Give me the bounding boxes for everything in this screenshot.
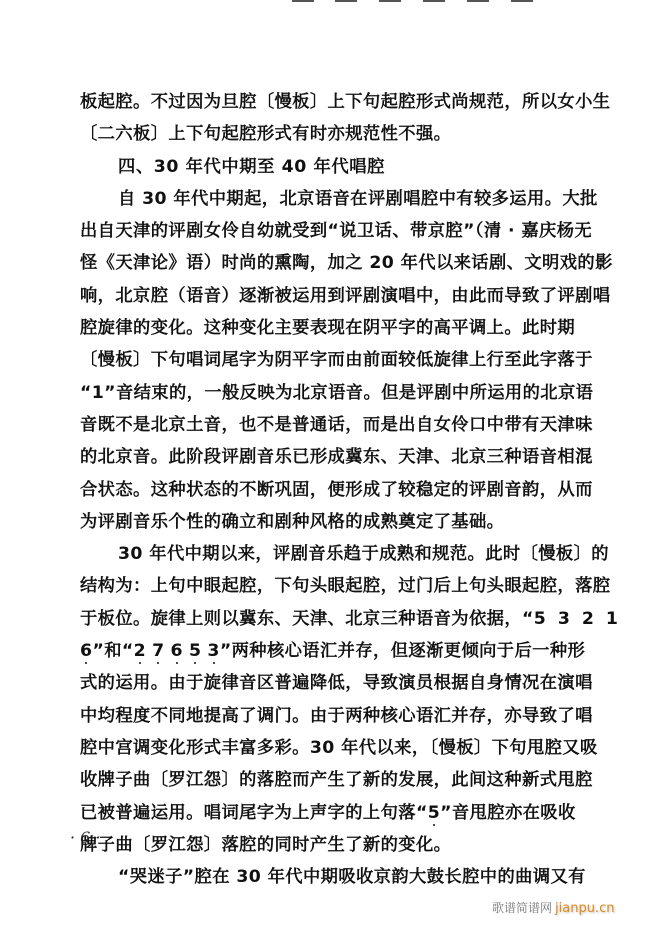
- notation-low-note: 7: [152, 635, 164, 667]
- text-segment: ”两种核心语汇并存，但逐渐更倾向于后一种形: [220, 641, 585, 661]
- notation-low-note: 6: [80, 635, 92, 667]
- watermark-site-name: 歌谱简谱网: [492, 901, 552, 915]
- notation-low-note: 2: [134, 635, 146, 667]
- text-line: 合状态。这种状态的不断巩固，便形成了较稳定的评剧音韵，从而: [80, 474, 600, 506]
- text-line: 式的运用。由于旋律音区普遍降低，导致演员根据自身情况在演唱: [80, 667, 600, 699]
- text-line: 出自天津的评剧女伶自幼就受到“说卫话、带京腔”（清 · 嘉庆杨无: [80, 215, 600, 247]
- header-rule-1: [292, 0, 314, 2]
- notation-low-note: 5: [428, 797, 440, 829]
- text-line: “哭迷子”腔在 30 年代中期吸收京韵大鼓长腔中的曲调又有: [80, 861, 600, 893]
- watermark-domain: jianpu.cn: [555, 901, 614, 916]
- page-number: · 6 ·: [70, 828, 101, 847]
- notation-sequence: 5 3 2 1: [534, 609, 621, 629]
- text-line: 为评剧音乐个性的确立和剧种风格的成熟奠定了基础。: [80, 506, 600, 538]
- text-line: 已被普遍运用。唱词尾字为上声字的上句落“5”音甩腔亦在吸收: [80, 797, 600, 829]
- text-line: 自 30 年代中期起，北京语音在评剧唱腔中有较多运用。大批: [80, 183, 600, 215]
- text-line: 于板位。旋律上则以冀东、天津、北京三种语音为依据，“5 3 2 1: [80, 603, 600, 635]
- section-heading: 四、30 年代中期至 40 年代唱腔: [80, 151, 600, 183]
- text-line: “1”音结束的，一般反映为北京语音。但是评剧中所运用的北京语: [80, 377, 600, 409]
- notation-low-note: 5: [189, 635, 201, 667]
- text-line: 腔中宫调变化形式丰富多彩。30 年代以来，〔慢板〕下句甩腔又吸: [80, 732, 600, 764]
- header-rule-3: [379, 0, 401, 2]
- text-segment: 已被普遍运用。唱词尾字为上声字的上句落“: [80, 803, 428, 823]
- text-segment: 于板位。旋律上则以冀东、天津、北京三种语音为依据，“: [80, 609, 534, 629]
- header-rule-4: [423, 0, 445, 2]
- text-line: 怪《天津论》语）时尚的熏陶，加之 20 年代以来话剧、文明戏的影: [80, 247, 600, 279]
- text-line: 腔旋律的变化。这种变化主要表现在阴平字的高平调上。此时期: [80, 312, 600, 344]
- text-line: 中均程度不同地提高了调门。由于两种核心语汇并存，亦导致了唱: [80, 700, 600, 732]
- text-line: 收牌子曲〔罗江怨〕的落腔而产生了新的发展，此间这种新式甩腔: [80, 764, 600, 796]
- watermark: 歌谱简谱网jianpu.cn: [492, 899, 614, 916]
- text-line: 牌子曲〔罗江怨〕落腔的同时产生了新的变化。: [80, 829, 600, 861]
- text-segment: ”音甩腔亦在吸收: [440, 803, 576, 823]
- text-line: 结构为：上句中眼起腔，下句头眼起腔，过门后上句头眼起腔，落腔: [80, 570, 600, 602]
- text-line: 的北京音。此阶段评剧音乐已形成冀东、天津、北京三种语音相混: [80, 441, 600, 473]
- text-line: 6”和“27653”两种核心语汇并存，但逐渐更倾向于后一种形: [80, 635, 600, 667]
- page-body: 板起腔。不过因为旦腔〔慢板〕上下句起腔形式尚规范，所以女小生 〔二六板〕上下句起…: [80, 86, 600, 893]
- text-segment: ”和“: [92, 641, 133, 661]
- text-line: 音既不是北京土音，也不是普通话，而是出自女伶口中带有天津味: [80, 409, 600, 441]
- text-line: 响，北京腔（语音）逐渐被运用到评剧演唱中，由此而导致了评剧唱: [80, 280, 600, 312]
- text-line: 30 年代中期以来，评剧音乐趋于成熟和规范。此时〔慢板〕的: [80, 538, 600, 570]
- text-line: 〔慢板〕下句唱词尾字为阴平字而由前面较低旋律上行至此字落于: [80, 344, 600, 376]
- notation-low-note: 6: [171, 635, 183, 667]
- notation-low-note: 3: [207, 635, 219, 667]
- header-rule-2: [335, 0, 357, 2]
- text-line: 板起腔。不过因为旦腔〔慢板〕上下句起腔形式尚规范，所以女小生: [80, 86, 600, 118]
- text-line: 〔二六板〕上下句起腔形式有时亦规范性不强。: [80, 118, 600, 150]
- header-rule-5: [467, 0, 489, 2]
- header-rule-6: [511, 0, 533, 2]
